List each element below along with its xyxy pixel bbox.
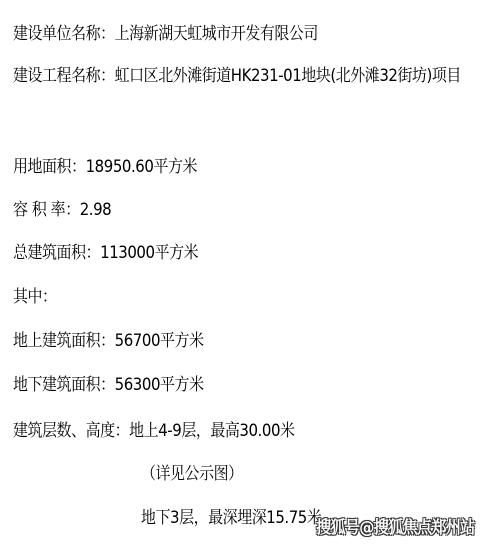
underground-floors-text: 地下3层，最深埋深15.75米 bbox=[141, 508, 321, 528]
above-ground-area-label: 地上建筑面积： bbox=[13, 331, 115, 351]
watermark: 搜狐号@搜狐焦点郑州站 bbox=[316, 517, 474, 539]
above-ground-area-value: 56700平方米 bbox=[115, 331, 204, 351]
floors-height-value: 地上4-9层，最高30.00米 bbox=[129, 421, 294, 441]
land-area-value: 18950.60平方米 bbox=[86, 157, 197, 177]
see-diagram-line: （详见公示图） bbox=[141, 463, 243, 485]
above-ground-area-line: 地上建筑面积：56700平方米 bbox=[13, 330, 204, 352]
land-area-label: 用地面积： bbox=[13, 157, 86, 177]
construction-unit-label: 建设单位名称： bbox=[13, 24, 115, 44]
see-diagram-text: （详见公示图） bbox=[141, 464, 243, 484]
total-floor-area-line: 总建筑面积：113000平方米 bbox=[13, 242, 198, 264]
total-floor-area-label: 总建筑面积： bbox=[13, 243, 100, 263]
plot-ratio-line: 容 积 率：2.98 bbox=[13, 199, 111, 221]
of-which-label: 其中： bbox=[13, 287, 57, 307]
underground-area-value: 56300平方米 bbox=[115, 375, 204, 395]
floors-height-line: 建筑层数、高度：地上4-9层，最高30.00米 bbox=[13, 420, 295, 442]
land-area-line: 用地面积：18950.60平方米 bbox=[13, 156, 197, 178]
project-name-value: 虹口区北外滩街道HK231-01地块(北外滩32街坊)项目 bbox=[115, 66, 461, 86]
total-floor-area-value: 113000平方米 bbox=[100, 243, 198, 263]
of-which-line: 其中： bbox=[13, 286, 57, 308]
underground-area-label: 地下建筑面积： bbox=[13, 375, 115, 395]
underground-floors-line: 地下3层，最深埋深15.75米 bbox=[141, 507, 321, 529]
floors-height-label: 建筑层数、高度： bbox=[13, 421, 129, 441]
project-name-label: 建设工程名称： bbox=[13, 66, 115, 86]
project-name-line: 建设工程名称：虹口区北外滩街道HK231-01地块(北外滩32街坊)项目 bbox=[13, 65, 461, 87]
plot-ratio-label: 容 积 率： bbox=[13, 200, 80, 220]
underground-area-line: 地下建筑面积：56300平方米 bbox=[13, 374, 204, 396]
plot-ratio-value: 2.98 bbox=[80, 200, 112, 220]
construction-unit-value: 上海新湖天虹城市开发有限公司 bbox=[115, 24, 318, 44]
construction-unit-line: 建设单位名称：上海新湖天虹城市开发有限公司 bbox=[13, 23, 318, 45]
